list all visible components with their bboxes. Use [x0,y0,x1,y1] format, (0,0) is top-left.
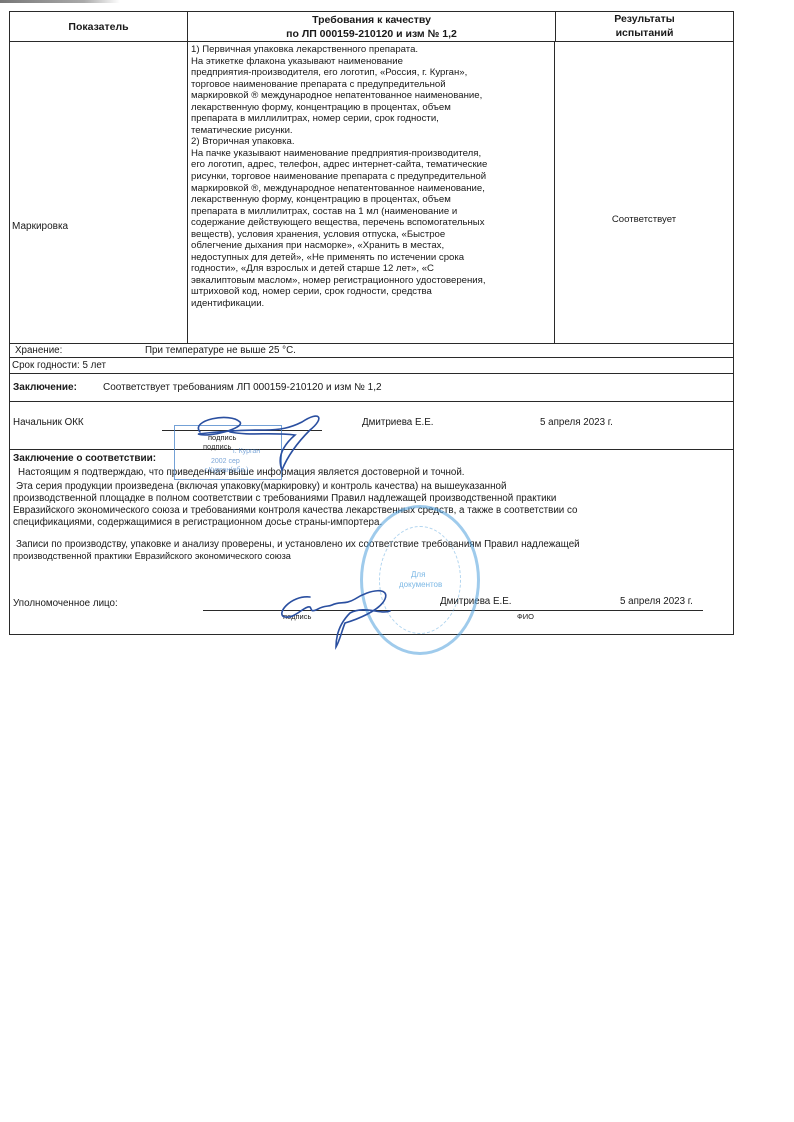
marking-requirements-cell: 1) Первичная упаковка лекарственного пре… [188,42,555,343]
qc-head-signature-icon [170,410,330,480]
requirement-line: рисунки, торговое наименование препарата… [191,171,552,183]
requirement-line: лекарственную форму, концентрацию в проц… [191,194,552,206]
marking-indicator-cell: Маркировка [10,42,188,343]
conclusion-label: Заключение: [13,374,103,402]
requirement-line: 2) Вторичная упаковка. [191,136,552,148]
requirement-line: содержание действующего вещества, перече… [191,217,552,229]
requirement-line: препарата в миллилитрах, состав на 1 мл … [191,206,552,218]
requirement-line: веществ), условия хранения, условия отпу… [191,229,552,241]
stamp-text: документов [399,580,442,589]
shelf-life-text: Срок годности: 5 лет [12,360,106,371]
requirement-line: На пачке указывают наименование предприя… [191,148,552,160]
compliance-line: спецификациями, содержащимися в регистра… [13,517,382,529]
requirement-line: штриховой код, номер серии, срок годност… [191,286,552,298]
qc-head-name: Дмитриева Е.Е. [362,417,433,428]
requirement-line: годности», «Для взрослых и детей старше … [191,263,552,275]
requirement-line: На этикетке флакона указывают наименован… [191,56,552,68]
requirement-line: препарата в миллилитрах, номер серии, ср… [191,113,552,125]
requirement-line: лекарственную форму, концентрацию в проц… [191,102,552,114]
marking-row: Маркировка 1) Первичная упаковка лекарст… [10,42,733,344]
qc-head-date: 5 апреля 2023 г. [540,417,613,428]
compliance-line: Эта серия продукции произведена (включая… [16,481,506,493]
name-caption: ФИО [517,612,534,621]
scan-edge-artifact [0,0,120,3]
header-results-line1: Результаты [556,12,733,26]
compliance-line: производственной практики Евразийского э… [13,551,291,563]
storage-value: При температуре не выше 25 °С. [145,345,296,356]
shelf-life-row: Срок годности: 5 лет [10,358,733,374]
header-indicator: Показатель [10,12,188,41]
requirement-line: торговое наименование препарата с предуп… [191,79,552,91]
header-requirements: Требования к качеству по ЛП 000159-21012… [188,12,556,41]
authorized-signature-icon [270,585,400,650]
header-results-line2: испытаний [556,26,733,40]
qc-head-label: Начальник ОКК [13,417,84,428]
header-requirements-line2: по ЛП 000159-210120 и изм № 1,2 [188,27,555,41]
requirement-line: маркировкой ® международное непатентован… [191,90,552,102]
compliance-line: производственной площадке в полном соотв… [13,493,556,505]
header-indicator-label: Показатель [68,21,128,33]
requirement-line: тематические рисунки. [191,125,552,137]
authorized-person-label: Уполномоченное лицо: [13,598,118,609]
compliance-line: Евразийского экономического союза и треб… [13,505,577,517]
requirement-line: предприятия-производителя, его логотип, … [191,67,552,79]
marking-result: Соответствует [555,214,733,225]
requirement-line: эвкалиптовым маслом», номер регистрацион… [191,275,552,287]
storage-label: Хранение: [13,344,145,358]
requirement-line: недоступных для детей», «Не применять по… [191,252,552,264]
marking-result-cell: Соответствует [555,42,733,343]
compliance-title: Заключение о соответствии: [13,453,156,464]
conclusion-value: Соответствует требованиям ЛП 000159-2101… [103,382,382,393]
requirement-line: маркировкой ®, международное непатентова… [191,183,552,195]
requirement-line: 1) Первичная упаковка лекарственного пре… [191,44,552,56]
qc-head-row: Начальник ОКК подпись Дмитриева Е.Е. 5 а… [10,402,733,450]
compliance-line: Записи по производству, упаковке и анали… [16,539,580,551]
authorized-date: 5 апреля 2023 г. [620,596,693,607]
table-header-row: Показатель Требования к качеству по ЛП 0… [10,12,733,42]
requirement-line: его логотип, адрес, телефон, адрес интер… [191,159,552,171]
conclusion-row: Заключение:Соответствует требованиям ЛП … [10,374,733,402]
header-results: Результаты испытаний [556,12,733,41]
header-requirements-line1: Требования к качеству [188,13,555,27]
stamp-text: Для [411,570,425,579]
marking-indicator: Маркировка [12,221,68,232]
requirement-line: облегчение дыхания при насморке», «Храни… [191,240,552,252]
storage-row: Хранение:При температуре не выше 25 °С. [10,344,733,358]
requirement-line: идентификации. [191,298,552,310]
